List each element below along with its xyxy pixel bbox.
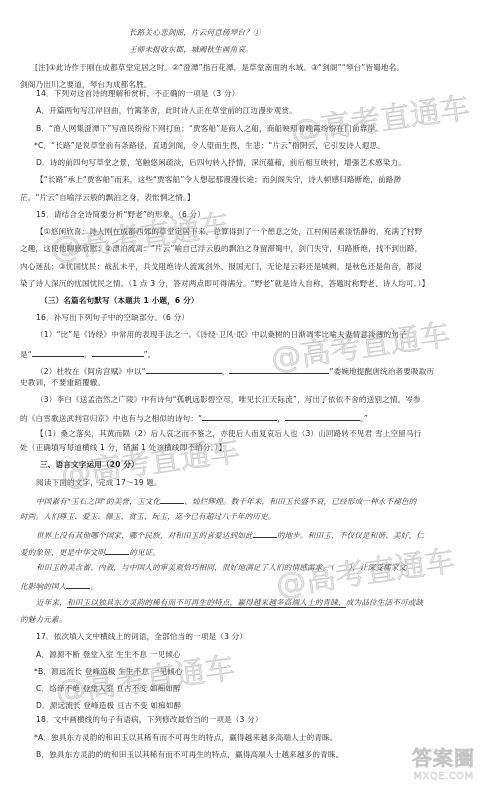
- q15-answer-line-1: 【①悠闲欣喜：诗人刚在成都西郊的草堂定居下来，总算得到了一个憩息之处，江村闲居素…: [36, 227, 422, 237]
- passage-p1-text-a: 中国素有“玉石之国”的美誉，玉文化: [36, 497, 160, 506]
- q16-part2-suffix: ”委婉地提醒唐统治者要吸取历: [329, 367, 434, 376]
- q16-stem: 16．补写出下列句子中的空缺部分。（6 分）: [36, 313, 189, 323]
- q16-part3-blank-2[interactable]: [285, 412, 360, 421]
- q16-part2-prefix: （2）杜牧在《阿房宫赋》中以“: [36, 367, 146, 376]
- q16-part3-suffix: 。”: [360, 414, 368, 423]
- q16-part1-blank-2[interactable]: [92, 348, 144, 357]
- logo-chinese-text: 答案圈: [412, 742, 475, 771]
- poem-line-2: 王师未报收东郡，城阙秋生画角哀。: [129, 45, 253, 55]
- q15-stem: 15．请结合全诗简要分析“野老”的形象。（6 分）: [36, 210, 205, 220]
- passage-p3-line-1: 和田玉的美含蓄、内敛，与中国人的审美观恰巧相同，很好地满足了人们的情感需求。（）…: [36, 563, 406, 573]
- q16-part3-line-2: 的《白雪歌送武判官归京》中也有与之相似的诗句：“，。”: [20, 412, 368, 424]
- passage-p3-text-a: 和田玉的美含蓄、内敛，与中国人的审美观恰巧相同，很好地满足了人们的情感需求。（: [36, 563, 334, 572]
- poem-line-1: 长路关心悲剑阁，片云何意傍琴台？①: [129, 28, 261, 38]
- passage-p4-line-1: 近年来，和田玉以独具东方灵韵的稀有而不可再生的特点，赢得越来越多高端人士的青睐，…: [36, 598, 423, 608]
- q14-option-c: *C．“长路”是说草堂前有条路径，直通剑阁，令人望而生畏，生悲；“片云”指阴云，…: [34, 141, 385, 151]
- q16-part2-blank-1[interactable]: [146, 365, 222, 374]
- passage-p4-line-2: 的魅力元素。: [20, 615, 66, 625]
- section-heading-language-use: 三、语言文字运用（20 分）: [40, 460, 139, 470]
- q16-part1-blank-1[interactable]: [32, 348, 84, 357]
- q16-answer-line-1: 【（1）桑之落矣，其黄而陨（2）后人哀之而不鉴之，亦使后人而复哀后人也（3）山回…: [36, 429, 421, 439]
- passage-blank-4[interactable]: [66, 580, 90, 589]
- passage-blank-3[interactable]: [105, 546, 129, 555]
- q16-answer-line-2: 处（正确填写每道横线 1 分，错漏 1 处该横线即不给分。）】: [20, 443, 226, 453]
- passage-p4-text-a: 近年来，: [36, 598, 67, 607]
- passage-p2-text-a: 世界上没有其他哪个国家、哪个民族，对和田玉的喜爱达到如此: [36, 531, 253, 540]
- q15-answer-line-2: 之趣，这使他聊感欣慰；②漂泊流离：“片云”喻自己浮云般的飘泊之身留滞蜀中，剑门失…: [20, 244, 422, 254]
- q14-stem: 14．下列对这首诗的理解和赏析，不正确的一项是（3 分）: [36, 89, 239, 99]
- q16-part1-line-2: 是“，”。: [20, 348, 155, 360]
- passage-p3-text-c: 化影响的国人: [20, 582, 66, 591]
- q16-part2-line-1: （2）杜牧在《阿房宫赋》中以“，”委婉地提醒唐统治者要吸取历: [36, 365, 434, 377]
- q17-option-b: *B．源远流长 登峰造极 生生不息 一见倾心: [34, 667, 183, 677]
- passage-p3-text-b: ），让深受儒家文: [348, 563, 406, 572]
- passage-blank-2[interactable]: [253, 529, 277, 538]
- passage-blank-1[interactable]: [160, 495, 184, 504]
- q16-part1-prefix: 是“: [20, 350, 32, 359]
- note-line-1: [注]①此诗作于刚在成都草堂定居之时。②“澄潭”指百花潭，是草堂南面的水域。③“…: [35, 63, 404, 73]
- q14-option-b: B．“渔人网集澄潭下”写渔民纷纷下网打鱼；“贾客船”是商人之船，商船映照着晚霞纷…: [36, 124, 383, 134]
- passage-underlined-sentence: 和田玉以独具东方灵韵的稀有而不可再生的特点，赢得越来越多高端人士的青睐，: [67, 598, 346, 607]
- exam-page: 长路关心悲剑阁，片云何意傍琴台？① 王师未报收东郡，城阙秋生画角哀。 [注]①此…: [0, 0, 500, 789]
- q17-option-a: A．源源不断 登堂入室 生生不息 一见倾心: [36, 650, 181, 660]
- q17-option-c: C．络绎不绝 登堂入室 亘古不变 如痴如醉: [36, 684, 181, 694]
- q16-part2-line-2: 史教训，不要重蹈覆辙。: [20, 378, 105, 388]
- passage-p2-text-b: 的地步。和田玉，不仅仅是和谐、美好、仁: [277, 531, 424, 540]
- q14-answer-line-2: 茫。“片云”自喻浮云般的飘泊之身，表怅惘之情。】: [20, 193, 195, 203]
- q16-part3-prefix: 的《白雪歌送武判官归京》中也有与之相似的诗句：“: [20, 414, 202, 423]
- q16-part3-blank-1[interactable]: [202, 412, 277, 421]
- q16-part1-comma: ，: [84, 350, 92, 359]
- q14-option-a: A．开篇两句写江岸回曲，竹篱茅舍，此时诗人正在草堂前的江边漫步观赏。: [36, 106, 297, 116]
- passage-p1-line-2: 时尚。人们尊玉、爱玉、佩玉、赏玉、玩玉，迄今已有超过八千年的历史。: [20, 512, 276, 522]
- passage-p2-text-c: 爱的象征，更是中华文明: [20, 548, 105, 557]
- q14-answer-line-1: 【“长路”承上“贾客船”而来，这些“贾客船”令人想起那漫漫长途；而剑阁失守，诗人…: [36, 175, 401, 185]
- q15-answer-line-3: 内心迷乱；③忧国忧民：战乱未平，兵戈阻绝诗人流寓剑外、报国无门，无论是云彩还是城…: [20, 262, 422, 272]
- q16-part1-line-1: （1）“比”是《诗经》中常用的表现手法之一。《诗经·卫风·氓》中以桑树的日渐凋零…: [36, 330, 407, 340]
- passage-p2-line-1: 世界上没有其他哪个国家、哪个民族，对和田玉的喜爱达到如此的地步。和田玉，不仅仅是…: [36, 529, 424, 541]
- passage-p3-text-d: 。: [90, 582, 98, 591]
- q14-option-d: D．诗的前四句写草堂之景，笔触悠闲疏淡，后四句转入抒情，深沉蕴藉，前后相互映衬，…: [36, 158, 406, 168]
- q16-part3-comma: ，: [277, 414, 285, 423]
- q16-part1-suffix: ”。: [144, 350, 156, 359]
- q17-option-d: D．源远流长 登峰造极 亘古不变 如痴如醉: [36, 701, 181, 711]
- q17-stem: 17．依次填入文中横线上的词语，全部恰当的一项是（3 分）: [36, 632, 247, 642]
- q16-part2-comma: ，: [222, 367, 230, 376]
- q18-option-b: B．独具东方灵韵的的和田玉以其稀有而不可再生的特点，赢得高端人士越来越多的青睐。: [36, 750, 343, 760]
- q15-answer-line-4: 染了诗人深沉的忧国忧民之情。（1 点 3 分，答对两点即可得满分。“野老”就是诗…: [20, 279, 429, 289]
- site-logo-watermark: 答案圈 MXQE.COM: [412, 742, 475, 782]
- q18-option-a: *A．独具东方灵韵的和田玉以其稀有而不可再生的特点，赢得越来越多高端人士的青睐。: [34, 733, 338, 743]
- passage-p3-line-2: 化影响的国人。: [20, 580, 98, 592]
- section-heading-famous-lines: （三）名篇名句默写（本题共 1 小题，6 分）: [40, 296, 199, 306]
- logo-url-text: MXQE.COM: [412, 771, 475, 782]
- q16-part2-blank-2[interactable]: [229, 365, 329, 374]
- passage-p2-text-d: 的见证。: [129, 548, 160, 557]
- passage-p1-text-b: 、灿烂辉煌。数千年来，和田玉长盛不衰，已经形成一种永不褪色的: [184, 497, 416, 506]
- passage-p2-line-2: 爱的象征，更是中华文明的见证。: [20, 546, 160, 558]
- passage-p1-line-1: 中国素有“玉石之国”的美誉，玉文化、灿烂辉煌。数千年来，和田玉长盛不衰，已经形成…: [36, 495, 417, 507]
- passage-p4-text-b: 成为品位生活不可或缺: [346, 598, 423, 607]
- reading-instruction: 阅读下面的文字，完成 17～19 题。: [36, 478, 162, 488]
- q18-stem: 18．文中画横线的句子有语病，下列修改最恰当的一项是（3 分）: [36, 715, 263, 725]
- q16-part3-line-1: （3）李白《送孟浩然之广陵》中有诗句“孤帆远影碧空尽，唯见长江天际流”，写出了依…: [36, 395, 421, 405]
